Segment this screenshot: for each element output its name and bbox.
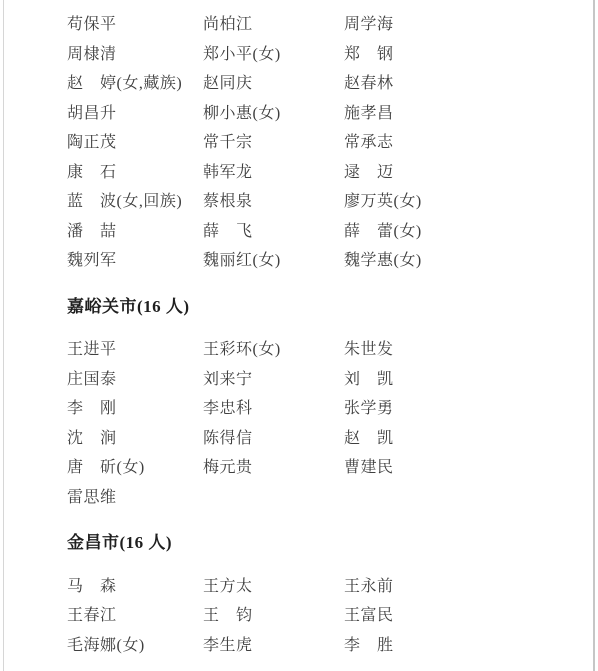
name-cell: 常承志 (344, 128, 578, 158)
document-page: 苟保平尚柏江周学海周棣清郑小平(女)郑 钢赵 婷(女,藏族)赵同庆赵春林胡昌升柳… (0, 0, 598, 671)
name-cell: 赵 婷(女,藏族) (67, 69, 203, 99)
name-cell: 康 石 (67, 158, 203, 188)
name-row: 王进平王彩环(女)朱世发 (67, 335, 578, 365)
name-row: 赵 婷(女,藏族)赵同庆赵春林 (67, 69, 578, 99)
name-cell: 尚柏江 (203, 10, 344, 40)
name-cell: 马 森 (67, 572, 203, 602)
name-cell: 王富民 (344, 601, 578, 631)
name-cell: 王 钧 (203, 601, 344, 631)
name-cell: 王进平 (67, 335, 203, 365)
name-cell (203, 483, 344, 513)
name-list: 苟保平尚柏江周学海周棣清郑小平(女)郑 钢赵 婷(女,藏族)赵同庆赵春林胡昌升柳… (67, 10, 578, 660)
section-heading: 嘉峪关市(16 人) (67, 292, 578, 322)
name-cell: 逯 迈 (344, 158, 578, 188)
name-cell: 朱世发 (344, 335, 578, 365)
name-cell: 雷思维 (67, 483, 203, 513)
name-cell: 赵同庆 (203, 69, 344, 99)
name-cell: 蔡根泉 (203, 187, 344, 217)
name-cell: 李忠科 (203, 394, 344, 424)
name-cell: 薛 蕾(女) (344, 217, 578, 247)
name-row: 毛海娜(女)李生虎李 胜 (67, 631, 578, 661)
name-cell: 胡昌升 (67, 99, 203, 129)
name-row: 苟保平尚柏江周学海 (67, 10, 578, 40)
name-cell: 周棣清 (67, 40, 203, 70)
name-row: 庄国泰刘来宁刘 凯 (67, 365, 578, 395)
name-cell: 刘来宁 (203, 365, 344, 395)
name-cell: 蓝 波(女,回族) (67, 187, 203, 217)
name-cell: 陶正茂 (67, 128, 203, 158)
name-cell: 赵春林 (344, 69, 578, 99)
name-cell: 魏学惠(女) (344, 246, 578, 276)
name-cell: 李 刚 (67, 394, 203, 424)
name-cell: 沈 涧 (67, 424, 203, 454)
name-cell: 王彩环(女) (203, 335, 344, 365)
name-row: 沈 涧陈得信赵 凯 (67, 424, 578, 454)
name-cell: 周学海 (344, 10, 578, 40)
name-cell: 唐 斫(女) (67, 453, 203, 483)
name-cell: 郑 钢 (344, 40, 578, 70)
name-row: 王春江王 钧王富民 (67, 601, 578, 631)
name-row: 胡昌升柳小惠(女)施孝昌 (67, 99, 578, 129)
name-cell: 庄国泰 (67, 365, 203, 395)
name-cell: 刘 凯 (344, 365, 578, 395)
name-cell: 郑小平(女) (203, 40, 344, 70)
name-cell: 薛 飞 (203, 217, 344, 247)
name-cell: 魏丽红(女) (203, 246, 344, 276)
name-row: 雷思维 (67, 483, 578, 513)
name-cell: 廖万英(女) (344, 187, 578, 217)
name-row: 康 石韩军龙逯 迈 (67, 158, 578, 188)
name-cell: 韩军龙 (203, 158, 344, 188)
name-cell: 李生虎 (203, 631, 344, 661)
name-row: 马 森王方太王永前 (67, 572, 578, 602)
name-row: 陶正茂常千宗常承志 (67, 128, 578, 158)
page-left-border (3, 0, 4, 671)
name-cell: 曹建民 (344, 453, 578, 483)
name-row: 周棣清郑小平(女)郑 钢 (67, 40, 578, 70)
name-cell (344, 483, 578, 513)
name-cell: 李 胜 (344, 631, 578, 661)
name-row: 李 刚李忠科张学勇 (67, 394, 578, 424)
name-cell: 王方太 (203, 572, 344, 602)
page-right-border (593, 0, 595, 671)
name-cell: 常千宗 (203, 128, 344, 158)
name-cell: 柳小惠(女) (203, 99, 344, 129)
name-cell: 梅元贵 (203, 453, 344, 483)
section-heading: 金昌市(16 人) (67, 528, 578, 558)
name-cell: 魏列军 (67, 246, 203, 276)
name-cell: 施孝昌 (344, 99, 578, 129)
name-cell: 苟保平 (67, 10, 203, 40)
name-cell: 潘 喆 (67, 217, 203, 247)
name-row: 潘 喆薛 飞薛 蕾(女) (67, 217, 578, 247)
name-cell: 赵 凯 (344, 424, 578, 454)
name-cell: 王永前 (344, 572, 578, 602)
name-cell: 毛海娜(女) (67, 631, 203, 661)
name-cell: 张学勇 (344, 394, 578, 424)
name-cell: 王春江 (67, 601, 203, 631)
name-row: 魏列军魏丽红(女)魏学惠(女) (67, 246, 578, 276)
name-row: 唐 斫(女)梅元贵曹建民 (67, 453, 578, 483)
name-cell: 陈得信 (203, 424, 344, 454)
name-row: 蓝 波(女,回族)蔡根泉廖万英(女) (67, 187, 578, 217)
